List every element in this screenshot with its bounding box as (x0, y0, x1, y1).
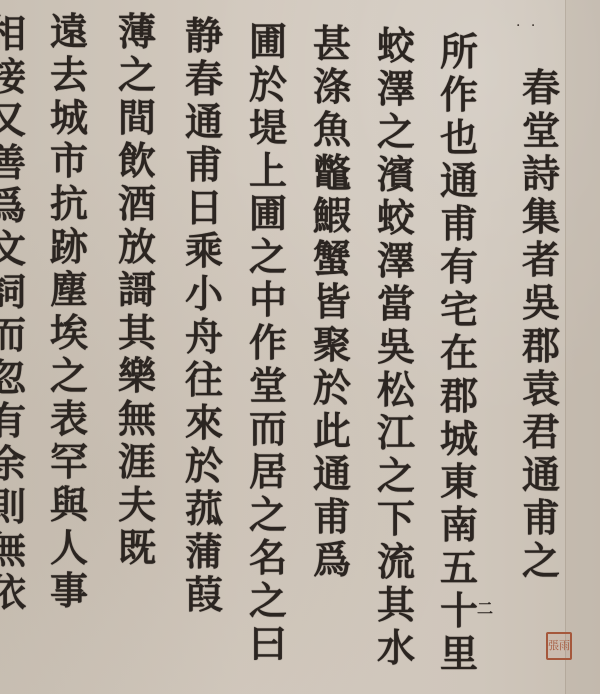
calligraphy-character: 城 (440, 417, 478, 460)
calligraphy-character: 與 (50, 483, 88, 526)
calligraphy-character: 薄 (118, 10, 156, 53)
calligraphy-character: 日 (185, 186, 223, 229)
calligraphy-character: 下 (377, 497, 415, 540)
calligraphy-character: 乘 (185, 229, 223, 272)
calligraphy-character: 十 (440, 589, 478, 632)
calligraphy-character: 聚 (313, 323, 351, 366)
calligraphy-character: 澤 (377, 239, 415, 282)
calligraphy-character: 樂 (118, 354, 156, 397)
calligraphy-character: 澤 (377, 67, 415, 110)
calligraphy-character: 謌 (118, 268, 156, 311)
calligraphy-character: 間 (118, 96, 156, 139)
text-column-6: 静春通甫日乘小舟往來於菰蒲葭 (185, 14, 223, 616)
red-seal-stamp: 張雨 (546, 632, 572, 660)
calligraphy-character: 圃 (249, 20, 287, 63)
calligraphy-character: 甚 (313, 22, 351, 65)
calligraphy-character: 表 (50, 397, 88, 440)
calligraphy-character: 鰕 (313, 194, 351, 237)
calligraphy-character: 堤 (249, 106, 287, 149)
calligraphy-character: 水 (377, 626, 415, 669)
calligraphy-character: 余 (0, 442, 26, 485)
calligraphy-character: 人 (50, 526, 88, 569)
text-column-2: 所作也通甫有宅在郡城東南五十里 (440, 30, 478, 675)
calligraphy-character: 作 (249, 321, 287, 364)
calligraphy-character: 蛟 (377, 24, 415, 67)
text-column-9-partial: 相接又善爲文詞而忽有余則無依 (0, 12, 26, 614)
calligraphy-character: 爲 (313, 538, 351, 581)
text-column-8: 遠去城市抗跡塵埃之表罕與人事 (50, 10, 88, 612)
calligraphy-character: 甫 (313, 495, 351, 538)
calligraphy-character: 之 (377, 110, 415, 153)
calligraphy-character: 於 (313, 366, 351, 409)
scroll-mount-line (565, 0, 566, 694)
calligraphy-character: 城 (50, 96, 88, 139)
calligraphy-character: 之 (377, 454, 415, 497)
calligraphy-character: 塵 (50, 268, 88, 311)
calligraphy-character: 而 (249, 407, 287, 450)
calligraphy-character: 蒲 (185, 530, 223, 573)
calligraphy-character: 罕 (50, 440, 88, 483)
calligraphy-character: 有 (440, 245, 478, 288)
calligraphy-character: 春 (185, 57, 223, 100)
calligraphy-character: 作 (440, 73, 478, 116)
calligraphy-character: 涯 (118, 440, 156, 483)
calligraphy-character: 爲 (0, 184, 26, 227)
calligraphy-character: 埃 (50, 311, 88, 354)
calligraphy-character: 郡 (522, 324, 560, 367)
calligraphy-character: 中 (249, 278, 287, 321)
calligraphy-character: 東 (440, 460, 478, 503)
calligraphy-character: 接 (0, 55, 26, 98)
calligraphy-character: 里 (440, 632, 478, 675)
text-column-1: 春堂詩集者吳郡袁君通甫之 (522, 66, 560, 582)
calligraphy-character: 而 (0, 313, 26, 356)
calligraphy-character: 相 (0, 12, 26, 55)
calligraphy-character: 江 (377, 411, 415, 454)
calligraphy-character: 圃 (249, 192, 287, 235)
calligraphy-character: 於 (249, 63, 287, 106)
scroll-mount-edge (566, 0, 600, 694)
calligraphy-character: 當 (377, 282, 415, 325)
calligraphy-character: 則 (0, 485, 26, 528)
calligraphy-character: 蟹 (313, 237, 351, 280)
faded-marks: · · (516, 18, 538, 34)
calligraphy-character: 者 (522, 238, 560, 281)
correction-mark: 二 (477, 596, 493, 619)
calligraphy-character: 五 (440, 546, 478, 589)
calligraphy-character: 之 (118, 53, 156, 96)
calligraphy-character: 放 (118, 225, 156, 268)
calligraphy-character: 市 (50, 139, 88, 182)
calligraphy-character: 忽 (0, 356, 26, 399)
calligraphy-character: 飲 (118, 139, 156, 182)
calligraphy-character: 鼈 (313, 151, 351, 194)
calligraphy-character: 集 (522, 195, 560, 238)
calligraphy-character: 舟 (185, 315, 223, 358)
calligraphy-character: 涤 (313, 65, 351, 108)
calligraphy-character: 通 (313, 452, 351, 495)
calligraphy-character: 去 (50, 53, 88, 96)
calligraphy-scroll: · · 春堂詩集者吳郡袁君通甫之 所作也通甫有宅在郡城東南五十里 蛟澤之濱蛟澤當… (0, 0, 600, 694)
calligraphy-character: 通 (185, 100, 223, 143)
text-column-7: 薄之間飲酒放謌其樂無涯夫既 (118, 10, 156, 569)
calligraphy-character: 之 (249, 235, 287, 278)
calligraphy-character: 其 (377, 583, 415, 626)
calligraphy-character: 甫 (440, 202, 478, 245)
calligraphy-character: 夫 (118, 483, 156, 526)
calligraphy-character: 通 (440, 159, 478, 202)
calligraphy-character: 袁 (522, 367, 560, 410)
calligraphy-character: 皆 (313, 280, 351, 323)
calligraphy-character: 名 (249, 536, 287, 579)
calligraphy-character: 甫 (185, 143, 223, 186)
calligraphy-character: 松 (377, 368, 415, 411)
calligraphy-character: 菰 (185, 487, 223, 530)
calligraphy-character: 詞 (0, 270, 26, 313)
calligraphy-character: 酒 (118, 182, 156, 225)
calligraphy-character: 之 (249, 579, 287, 622)
calligraphy-character: 蛟 (377, 196, 415, 239)
calligraphy-character: 小 (185, 272, 223, 315)
calligraphy-character: 居 (249, 450, 287, 493)
calligraphy-character: 於 (185, 444, 223, 487)
calligraphy-character: 所 (440, 30, 478, 73)
calligraphy-character: 也 (440, 116, 478, 159)
calligraphy-character: 郡 (440, 374, 478, 417)
calligraphy-character: 静 (185, 14, 223, 57)
calligraphy-character: 文 (0, 227, 26, 270)
calligraphy-character: 葭 (185, 573, 223, 616)
calligraphy-character: 往 (185, 358, 223, 401)
calligraphy-character: 之 (522, 539, 560, 582)
calligraphy-character: 依 (0, 571, 26, 614)
calligraphy-character: 流 (377, 540, 415, 583)
calligraphy-character: 抗 (50, 182, 88, 225)
calligraphy-character: 其 (118, 311, 156, 354)
calligraphy-character: 無 (0, 528, 26, 571)
calligraphy-character: 有 (0, 399, 26, 442)
calligraphy-character: 跡 (50, 225, 88, 268)
calligraphy-character: 曰 (249, 622, 287, 665)
calligraphy-character: 吳 (377, 325, 415, 368)
calligraphy-character: 之 (249, 493, 287, 536)
calligraphy-character: 遠 (50, 10, 88, 53)
calligraphy-character: 君 (522, 410, 560, 453)
calligraphy-character: 在 (440, 331, 478, 374)
calligraphy-character: 無 (118, 397, 156, 440)
calligraphy-character: 南 (440, 503, 478, 546)
calligraphy-character: 宅 (440, 288, 478, 331)
calligraphy-character: 既 (118, 526, 156, 569)
calligraphy-character: 詩 (522, 152, 560, 195)
calligraphy-character: 上 (249, 149, 287, 192)
calligraphy-character: 事 (50, 569, 88, 612)
calligraphy-character: 此 (313, 409, 351, 452)
calligraphy-character: 堂 (249, 364, 287, 407)
calligraphy-character: 又 (0, 98, 26, 141)
calligraphy-character: 春 (522, 66, 560, 109)
calligraphy-character: 堂 (522, 109, 560, 152)
text-column-5: 圃於堤上圃之中作堂而居之名之曰 (249, 20, 287, 665)
text-column-3: 蛟澤之濱蛟澤當吳松江之下流其水 (377, 24, 415, 669)
calligraphy-character: 通 (522, 453, 560, 496)
calligraphy-character: 吳 (522, 281, 560, 324)
calligraphy-character: 之 (50, 354, 88, 397)
calligraphy-character: 來 (185, 401, 223, 444)
text-column-4: 甚涤魚鼈鰕蟹皆聚於此通甫爲 (313, 22, 351, 581)
calligraphy-character: 濱 (377, 153, 415, 196)
calligraphy-character: 魚 (313, 108, 351, 151)
calligraphy-character: 善 (0, 141, 26, 184)
calligraphy-character: 甫 (522, 496, 560, 539)
